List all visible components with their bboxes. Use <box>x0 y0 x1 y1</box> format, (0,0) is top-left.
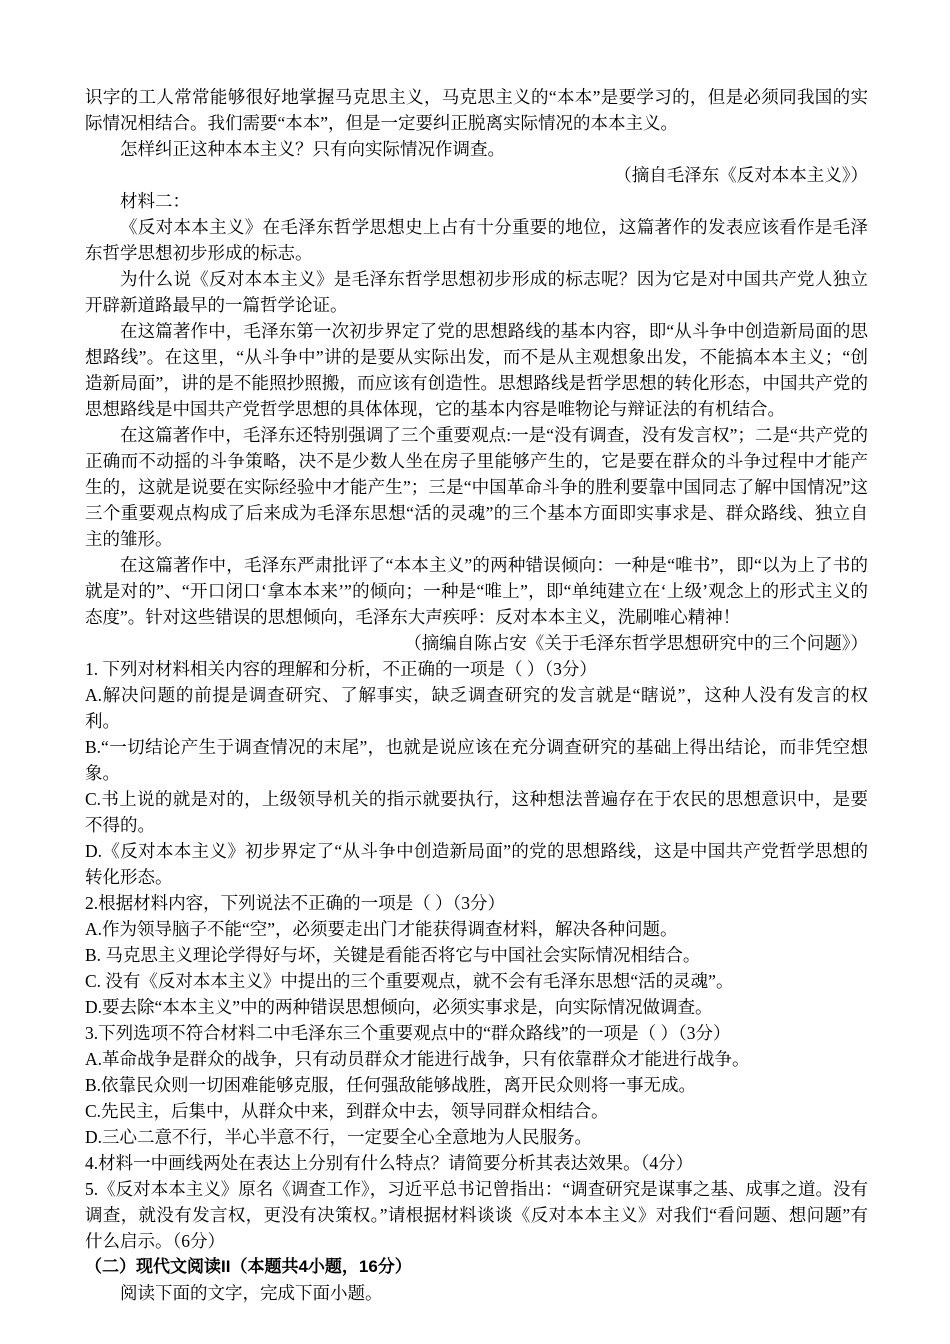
question-3-option-c: C.先民主，后集中，从群众中来，到群众中去，领导同群众相结合。 <box>85 1098 868 1124</box>
section2-instruction: 阅读下面的文字，完成下面小题。 <box>85 1280 868 1306</box>
document-body: 识字的工人常常能够很好地掌握马克思主义，马克思主义的“本本”是要学习的，但是必须… <box>85 84 868 1306</box>
material2-paragraph-2: 为什么说《反对本本主义》是毛泽东哲学思想初步形成的标志呢？因为它是对中国共产党人… <box>85 266 868 318</box>
question-1-option-b: B.“一切结论产生于调查情况的末尾”，也就是说应该在充分调查研究的基础上得出结论… <box>85 734 868 786</box>
question-1-option-c: C.书上说的就是对的，上级领导机关的指示就要执行，这种想法普遍存在于农民的思想意… <box>85 786 868 838</box>
question-1-option-d: D.《反对本本主义》初步界定了“从斗争中创造新局面”的党的思想路线，这是中国共产… <box>85 838 868 890</box>
question-2-option-a: A.作为领导脑子不能“空”，必须要走出门才能获得调查材料，解决各种问题。 <box>85 916 868 942</box>
question-3-option-a: A.革命战争是群众的战争，只有动员群众才能进行战争，只有依靠群众才能进行战争。 <box>85 1046 868 1072</box>
material1-source-attribution: （摘自毛泽东《反对本本主义》） <box>85 162 868 188</box>
material2-paragraph-1: 《反对本本主义》在毛泽东哲学思想史上占有十分重要的地位，这篇著作的发表应该看作是… <box>85 214 868 266</box>
question-1-option-a: A.解决问题的前提是调查研究、了解事实，缺乏调查研究的发言就是“瞎说”，这种人没… <box>85 682 868 734</box>
question-1-stem: 1. 下列对材料相关内容的理解和分析，不正确的一项是（ ）（3分） <box>85 656 868 682</box>
material1-paragraph-continued: 识字的工人常常能够很好地掌握马克思主义，马克思主义的“本本”是要学习的，但是必须… <box>85 84 868 136</box>
question-2-stem: 2.根据材料内容，下列说法不正确的一项是（ ）（3分） <box>85 890 868 916</box>
material2-paragraph-4: 在这篇著作中，毛泽东还特别强调了三个重要观点:一是“没有调查，没有发言权”；二是… <box>85 422 868 552</box>
question-3-option-d: D.三心二意不行，半心半意不行，一定要全心全意地为人民服务。 <box>85 1124 868 1150</box>
question-3-stem: 3.下列选项不符合材料二中毛泽东三个重要观点中的“群众路线”的一项是（ ）（3分… <box>85 1020 868 1046</box>
question-2-option-d: D.要去除“本本主义”中的两种错误思想倾向，必须实事求是，向实际情况做调查。 <box>85 994 868 1020</box>
material2-paragraph-5: 在这篇著作中，毛泽东严肃批评了“本本主义”的两种错误倾向：一种是“唯书”，即“以… <box>85 552 868 630</box>
question-2-option-b: B. 马克思主义理论学得好与坏，关键是看能否将它与中国社会实际情况相结合。 <box>85 942 868 968</box>
question-2-option-c: C. 没有《反对本本主义》中提出的三个重要观点，就不会有毛泽东思想“活的灵魂”。 <box>85 968 868 994</box>
section-header-modern-reading-2: （二）现代文阅读II（本题共4小题，16分） <box>85 1254 868 1280</box>
material2-paragraph-3: 在这篇著作中，毛泽东第一次初步界定了党的思想路线的基本内容，即“从斗争中创造新局… <box>85 318 868 422</box>
question-5-stem: 5.《反对本本主义》原名《调查工作》，习近平总书记曾指出：“调查研究是谋事之基、… <box>85 1176 868 1254</box>
material2-source-attribution: （摘编自陈占安《关于毛泽东哲学思想研究中的三个问题》） <box>85 630 868 656</box>
question-4-stem: 4.材料一中画线两处在表达上分别有什么特点？请简要分析其表达效果。（4分） <box>85 1150 868 1176</box>
question-3-option-b: B.依靠民众则一切困难能够克服，任何强敌能够战胜，离开民众则将一事无成。 <box>85 1072 868 1098</box>
material1-paragraph: 怎样纠正这种本本主义？只有向实际情况作调查。 <box>85 136 868 162</box>
material2-label: 材料二： <box>85 188 868 214</box>
exam-page: 识字的工人常常能够很好地掌握马克思主义，马克思主义的“本本”是要学习的，但是必须… <box>0 0 950 1344</box>
